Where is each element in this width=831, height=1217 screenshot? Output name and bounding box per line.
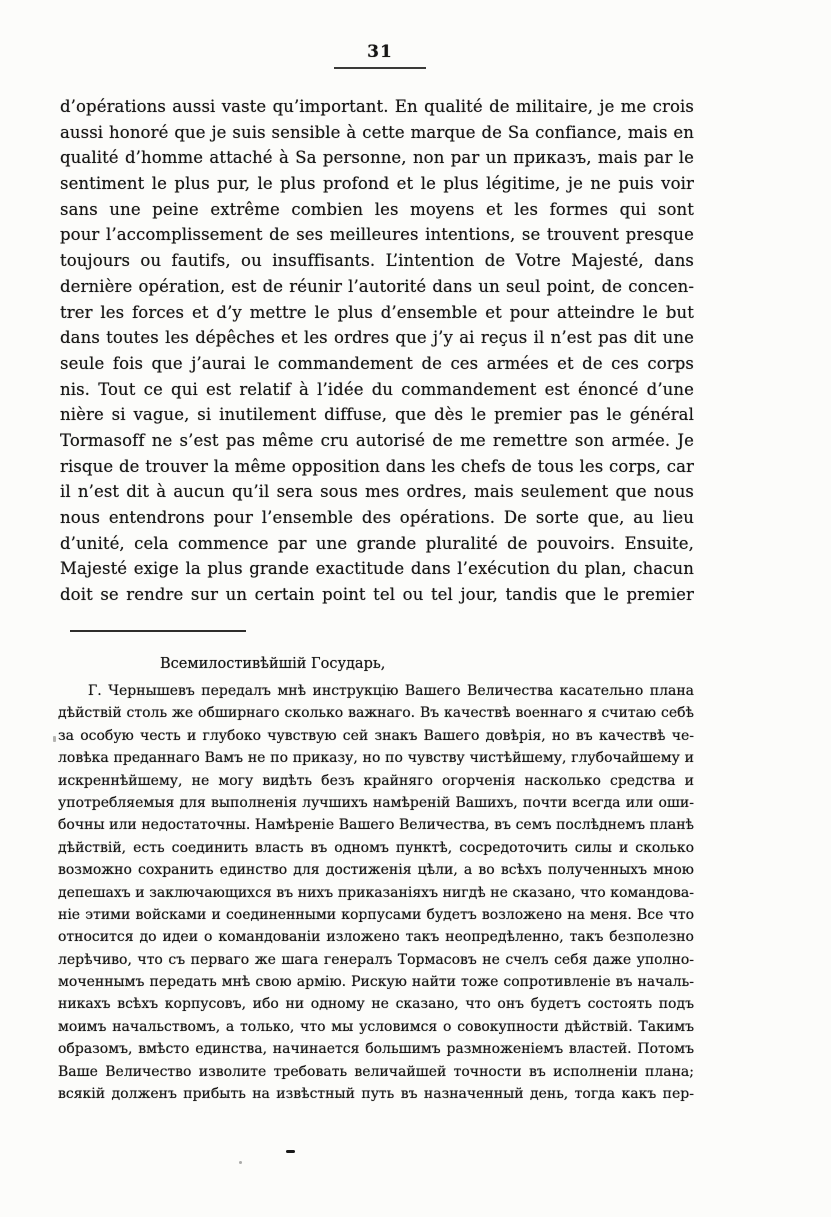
text-line: d’unité, cela commence par une grande pl… (60, 531, 694, 557)
section-separator-rule (70, 630, 246, 632)
ink-tick-mark (53, 736, 56, 742)
text-line: возможно сохранить единство для достижен… (58, 859, 694, 881)
text-line: qualité d’homme attaché à Sa personne, n… (60, 145, 694, 171)
text-line: искреннѣйшему, не могу видѣть безъ крайн… (58, 770, 694, 792)
text-line: d’opérations aussi vaste qu’important. E… (60, 94, 694, 120)
text-line: всякій долженъ прибыть на извѣстный путь… (58, 1083, 694, 1105)
text-line: за особую честь и глубоко чувствую сей з… (58, 725, 694, 747)
text-line: risque de trouver la même opposition dan… (60, 454, 694, 480)
text-line: il n’est dit à aucun qu’il sera sous mes… (60, 479, 694, 505)
text-line: депешахъ и заключающихся въ нихъ приказа… (58, 882, 694, 904)
russian-salutation: Всемилостивѣйшій Государь, (58, 652, 694, 676)
text-line: nière si vague, si inutilement diffuse, … (60, 402, 694, 428)
ink-dot-mark (239, 1161, 242, 1164)
page-number: 31 (332, 40, 428, 64)
text-line: относится до идеи о командованіи изложен… (58, 926, 694, 948)
text-line: никахъ всѣхъ корпусовъ, ибо ни одному не… (58, 993, 694, 1015)
text-line: употребляемыя для выполненія лучшихъ нам… (58, 792, 694, 814)
text-line: дѣйствій столь же обширнаго сколько важн… (58, 702, 694, 724)
text-line: toujours ou fautifs, ou insuffisants. L’… (60, 248, 694, 274)
text-line: бочны или недостаточны. Намѣреніе Вашего… (58, 814, 694, 836)
text-line: sentiment le plus pur, le plus profond e… (60, 171, 694, 197)
text-line: моимъ начальствомъ, а только, что мы усл… (58, 1016, 694, 1038)
text-line: образомъ, вмѣсто единства, начинается бо… (58, 1038, 694, 1060)
ink-dash-mark (286, 1150, 295, 1153)
french-letter-text: d’opérations aussi vaste qu’important. E… (60, 94, 694, 608)
text-line: дѣйствій, есть соединить власть въ одном… (58, 837, 694, 859)
text-line: Ваше Величество изволите требовать велич… (58, 1061, 694, 1083)
russian-letter-text: Г. Чернышевъ передалъ мнѣ инструкцію Ваш… (58, 680, 694, 1105)
text-line: Majesté exige la plus grande exactitude … (60, 556, 694, 582)
page-number-rule (334, 67, 426, 69)
text-line: trer les forces et d’y mettre le plus d’… (60, 300, 694, 326)
text-line: Tormasoff ne s’est pas même cru autorisé… (60, 428, 694, 454)
page-header: 31 (332, 40, 428, 69)
text-line: ніе этими войсками и соединенными корпус… (58, 904, 694, 926)
text-line: моченнымъ передать мнѣ свою армію. Риску… (58, 971, 694, 993)
text-line: dernière opération, est de réunir l’auto… (60, 274, 694, 300)
book-page: 31 d’opérations aussi vaste qu’important… (0, 0, 831, 1217)
text-line: pour l’accomplissement de ses meilleures… (60, 222, 694, 248)
text-line: dans toutes les dépêches et les ordres q… (60, 325, 694, 351)
text-line: doit se rendre sur un certain point tel … (60, 582, 694, 608)
text-line: Г. Чернышевъ передалъ мнѣ инструкцію Ваш… (58, 680, 694, 702)
text-line: sans une peine extrême combien les moyen… (60, 197, 694, 223)
text-line: seule fois que j’aurai le commandement d… (60, 351, 694, 377)
text-line: nis. Tout ce qui est relatif à l’idée du… (60, 377, 694, 403)
text-line: ловѣка преданнаго Вамъ не по приказу, но… (58, 747, 694, 769)
text-line: лерѣчиво, что съ перваго же шага генерал… (58, 949, 694, 971)
text-line: nous entendrons pour l’ensemble des opér… (60, 505, 694, 531)
text-line: aussi honoré que je suis sensible à cett… (60, 120, 694, 146)
